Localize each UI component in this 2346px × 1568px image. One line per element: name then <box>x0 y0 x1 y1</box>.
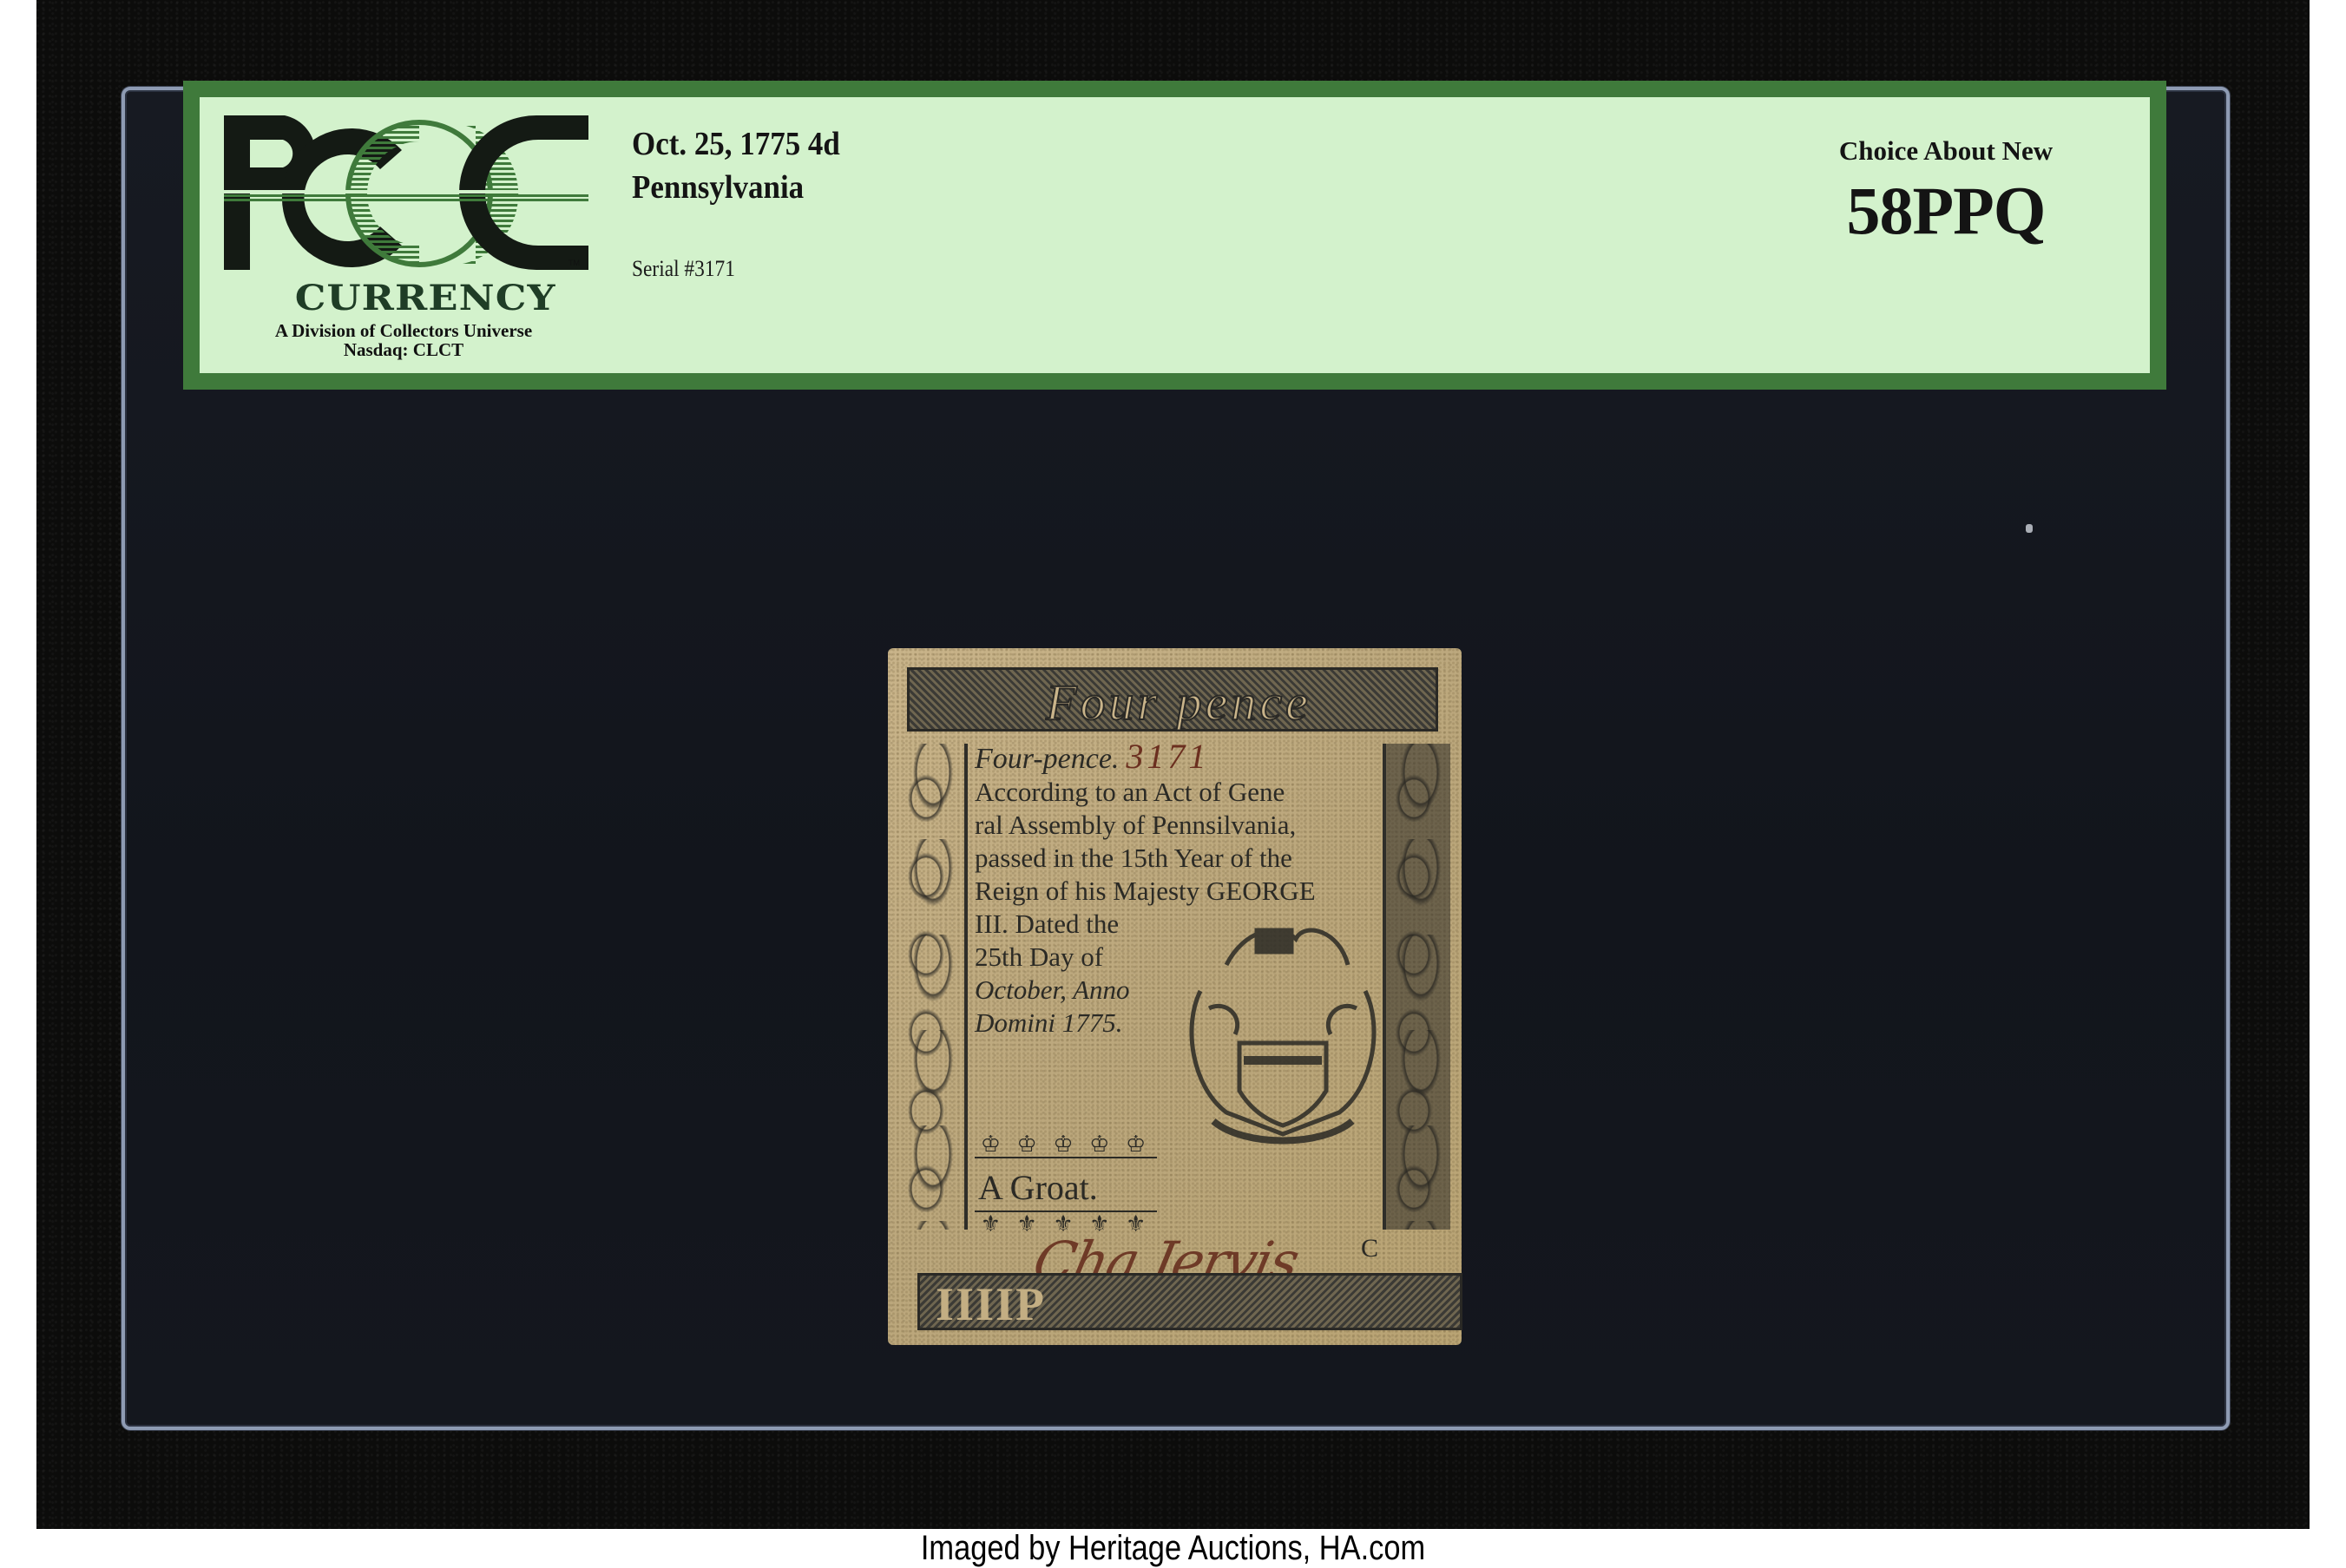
note-text-line: ral Assembly of Pennsilvania, <box>975 809 1383 842</box>
brand-subtitle: CURRENCY <box>214 278 637 318</box>
signature-mark: C <box>1361 1234 1378 1263</box>
value-text: A Groat. <box>978 1167 1098 1208</box>
dust-speck <box>2026 524 2033 533</box>
grade-description: Choice About New <box>1807 135 2085 167</box>
handwritten-serial: 3171 <box>1126 737 1209 776</box>
note-date-denomination: Oct. 25, 1775 4d <box>632 125 840 163</box>
note-text-line: passed in the 15th Year of the <box>975 842 1383 875</box>
trademark-symbol: TM <box>568 259 580 267</box>
note-top-band-text: Four pence <box>970 673 1387 732</box>
pcgs-logo-icon <box>224 115 588 270</box>
image-credit-caption: Imaged by Heritage Auctions, HA.com <box>164 1529 2182 1568</box>
grading-label-inner: TM CURRENCY A Division of Collectors Uni… <box>200 97 2150 373</box>
note-top-band: Four pence <box>907 667 1438 732</box>
serial-number: Serial #3171 <box>632 256 735 282</box>
division-line-2: Nasdaq: CLCT <box>208 340 599 359</box>
right-scroll-border-icon <box>1383 744 1450 1230</box>
note-bottom-band: IIIIP <box>917 1273 1462 1330</box>
denomination-line: Four-pence.3171 <box>975 740 1383 776</box>
left-scroll-border-icon <box>898 744 968 1230</box>
division-line-1: A Division of Collectors Universe <box>208 321 599 340</box>
division-text: A Division of Collectors Universe Nasdaq… <box>208 321 599 359</box>
denomination-text: Four-pence. <box>975 743 1119 775</box>
note-bottom-band-text: IIIIP <box>936 1277 1046 1331</box>
colonial-banknote: Four pence Four-pence.3171 According to … <box>888 648 1462 1345</box>
note-issuer: Pennsylvania <box>632 168 804 207</box>
note-text-line: Reign of his Majesty GEORGE <box>975 875 1383 908</box>
note-text-line: According to an Act of Gene <box>975 776 1383 809</box>
grade-value: 58PPQ <box>1807 172 2085 250</box>
crown-ornament-row-icon: ♔ ♔ ♔ ♔ ♔ <box>975 1132 1157 1158</box>
grading-label: TM CURRENCY A Division of Collectors Uni… <box>183 81 2166 390</box>
coat-of-arms-icon <box>1174 913 1391 1147</box>
